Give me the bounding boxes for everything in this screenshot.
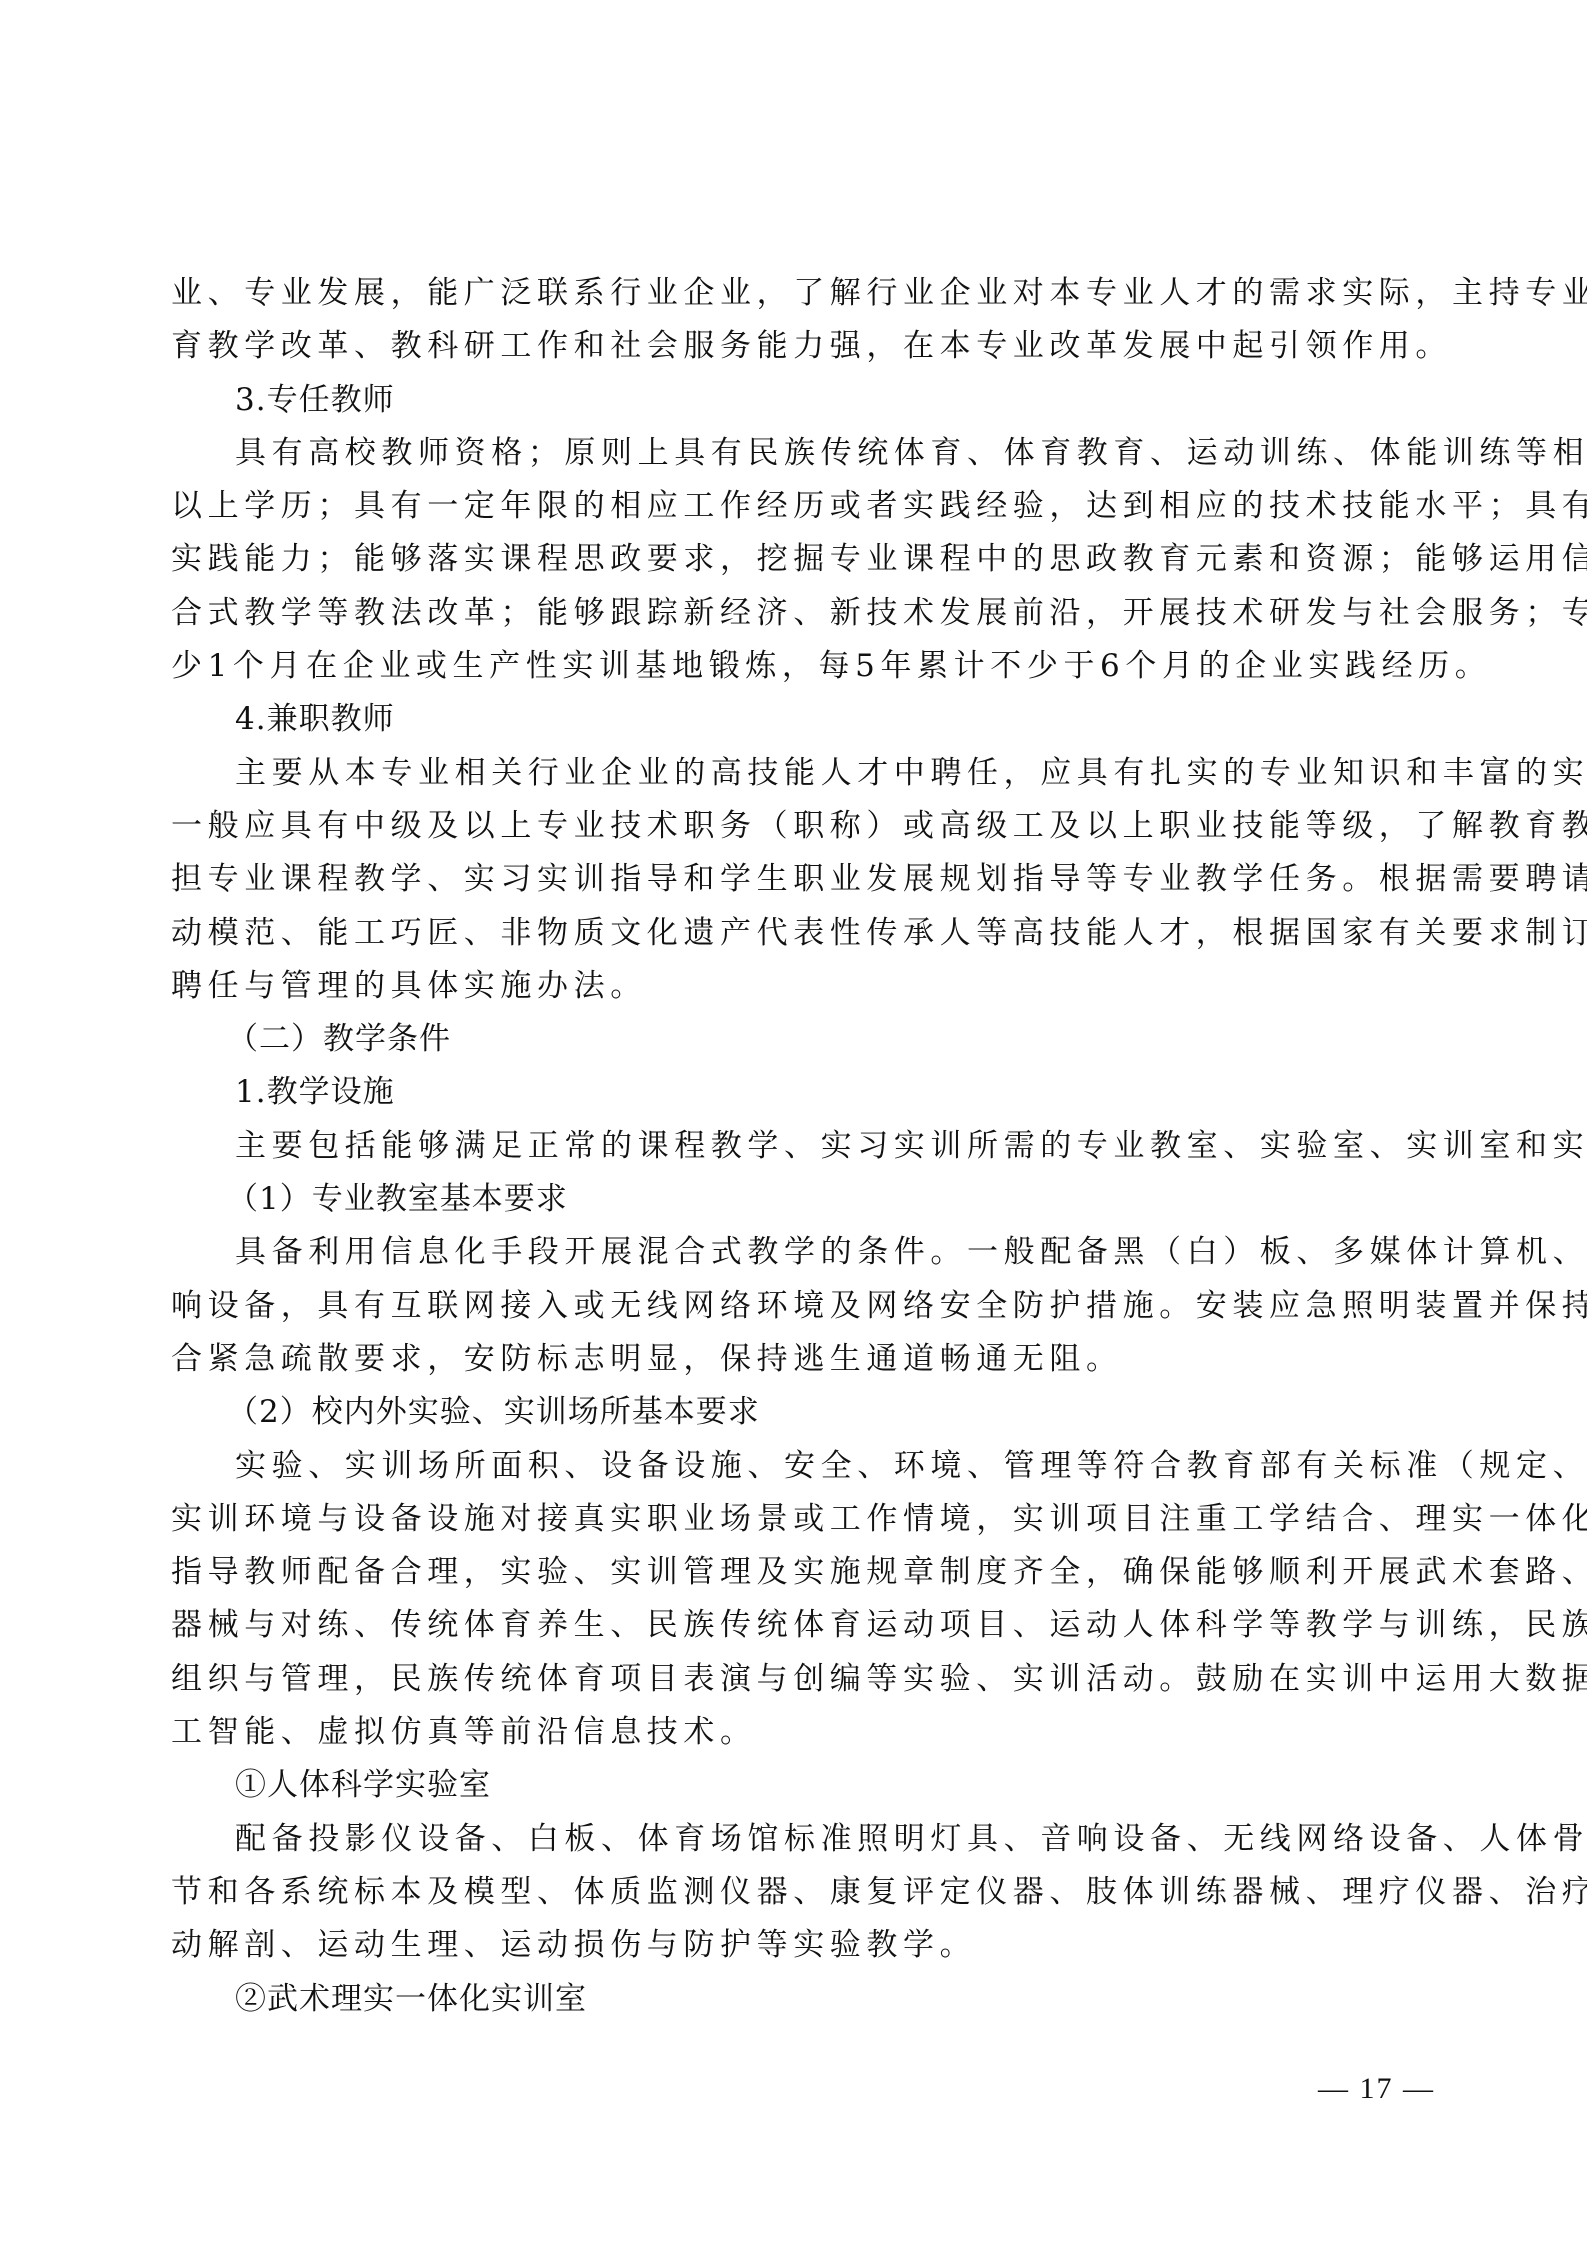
text-line: 业、专业发展，能广泛联系行业企业，了解行业企业对本专业人才的需求实际，主持专业建…: [171, 267, 1421, 320]
text-line: 工智能、虚拟仿真等前沿信息技术。: [171, 1706, 1421, 1759]
text-line: 具备利用信息化手段开展混合式教学的条件。一般配备黑（白）板、多媒体计算机、投影设…: [171, 1226, 1421, 1279]
text-line: 育教学改革、教科研工作和社会服务能力强，在本专业改革发展中起引领作用。: [171, 320, 1421, 373]
text-line: 实验、实训场所面积、设备设施、安全、环境、管理等符合教育部有关标准（规定、办法）…: [171, 1440, 1421, 1493]
section-heading-human-science-lab: ①人体科学实验室: [171, 1759, 1421, 1812]
paragraph-teaching-facilities: 主要包括能够满足正常的课程教学、实习实训所需的专业教室、实验室、实训室和实习实训…: [171, 1120, 1421, 1173]
text-line: 组织与管理，民族传统体育项目表演与创编等实验、实训活动。鼓励在实训中运用大数据、…: [171, 1653, 1421, 1706]
page-number: — 17 —: [1318, 2072, 1435, 2106]
text-line: 少1个月在企业或生产性实训基地锻炼，每5年累计不少于6个月的企业实践经历。: [171, 640, 1421, 693]
text-line: 主要包括能够满足正常的课程教学、实习实训所需的专业教室、实验室、实训室和实习实训…: [171, 1120, 1421, 1173]
paragraph-lab-requirements: 实验、实训场所面积、设备设施、安全、环境、管理等符合教育部有关标准（规定、办法）…: [171, 1440, 1421, 1760]
text-line: 实践能力；能够落实课程思政要求，挖掘专业课程中的思政教育元素和资源；能够运用信息…: [171, 533, 1421, 586]
text-line: 动解剖、运动生理、运动损伤与防护等实验教学。: [171, 1919, 1421, 1972]
paragraph-part-time-teachers: 主要从本专业相关行业企业的高技能人才中聘任，应具有扎实的专业知识和丰富的实际工作…: [171, 747, 1421, 1013]
text-line: 一般应具有中级及以上专业技术职务（职称）或高级工及以上职业技能等级，了解教育教学…: [171, 800, 1421, 853]
paragraph-classroom-requirements: 具备利用信息化手段开展混合式教学的条件。一般配备黑（白）板、多媒体计算机、投影设…: [171, 1226, 1421, 1386]
section-heading-teaching-facilities: 1.教学设施: [171, 1066, 1421, 1119]
text-line: 合式教学等教法改革；能够跟踪新经济、新技术发展前沿，开展技术研发与社会服务；专业…: [171, 587, 1421, 640]
text-line: 以上学历；具有一定年限的相应工作经历或者实践经验，达到相应的技术技能水平；具有本…: [171, 480, 1421, 533]
paragraph-continuation: 业、专业发展，能广泛联系行业企业，了解行业企业对本专业人才的需求实际，主持专业建…: [171, 267, 1421, 374]
section-heading-full-time-teachers: 3.专任教师: [171, 374, 1421, 427]
text-line: 响设备，具有互联网接入或无线网络环境及网络安全防护措施。安装应急照明装置并保持良…: [171, 1280, 1421, 1333]
text-line: 主要从本专业相关行业企业的高技能人才中聘任，应具有扎实的专业知识和丰富的实际工作…: [171, 747, 1421, 800]
text-line: 聘任与管理的具体实施办法。: [171, 960, 1421, 1013]
text-line: 担专业课程教学、实习实训指导和学生职业发展规划指导等专业教学任务。根据需要聘请技…: [171, 853, 1421, 906]
text-line: 器械与对练、传统体育养生、民族传统体育运动项目、运动人体科学等教学与训练，民族传…: [171, 1599, 1421, 1652]
section-heading-martial-arts-room: ②武术理实一体化实训室: [171, 1973, 1421, 2026]
text-line: 实训环境与设备设施对接真实职业场景或工作情境，实训项目注重工学结合、理实一体化，…: [171, 1493, 1421, 1546]
text-line: 节和各系统标本及模型、体质监测仪器、康复评定仪器、肢体训练器械、理疗仪器、治疗床…: [171, 1866, 1421, 1919]
text-line: 合紧急疏散要求，安防标志明显，保持逃生通道畅通无阻。: [171, 1333, 1421, 1386]
section-heading-teaching-conditions: （二）教学条件: [171, 1013, 1421, 1066]
text-line: 指导教师配备合理，实验、实训管理及实施规章制度齐全，确保能够顺利开展武术套路、散…: [171, 1546, 1421, 1599]
section-heading-part-time-teachers: 4.兼职教师: [171, 693, 1421, 746]
text-line: 动模范、能工巧匠、非物质文化遗产代表性传承人等高技能人才，根据国家有关要求制订针…: [171, 907, 1421, 960]
text-line: 具有高校教师资格；原则上具有民族传统体育、体育教育、运动训练、体能训练等相关专业…: [171, 427, 1421, 480]
section-heading-classroom-requirements: （1）专业教室基本要求: [171, 1173, 1421, 1226]
section-heading-lab-requirements: （2）校内外实验、实训场所基本要求: [171, 1386, 1421, 1439]
paragraph-human-science-lab: 配备投影仪设备、白板、体育场馆标准照明灯具、音响设备、无线网络设备、人体骨骼、肌…: [171, 1813, 1421, 1973]
document-body: 业、专业发展，能广泛联系行业企业，了解行业企业对本专业人才的需求实际，主持专业建…: [171, 267, 1421, 2026]
paragraph-full-time-teachers: 具有高校教师资格；原则上具有民族传统体育、体育教育、运动训练、体能训练等相关专业…: [171, 427, 1421, 693]
text-line: 配备投影仪设备、白板、体育场馆标准照明灯具、音响设备、无线网络设备、人体骨骼、肌…: [171, 1813, 1421, 1866]
